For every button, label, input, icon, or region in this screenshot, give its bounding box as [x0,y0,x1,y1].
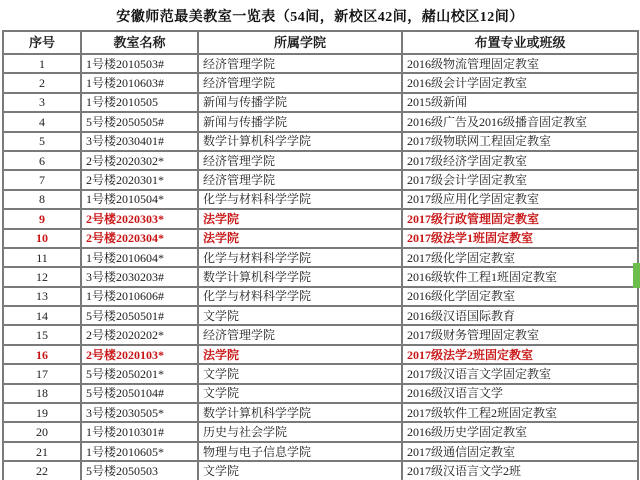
cell-assignment[interactable]: 2015级新闻 [402,93,638,112]
cell-assignment[interactable]: 2017级会计学固定教室 [402,170,638,189]
table-row: 162号楼2020103*法学院2017级法学2班固定教室 [3,345,638,364]
cell-room[interactable]: 2号楼2020303* [81,209,198,228]
cell-index[interactable]: 6 [3,151,81,170]
cell-college[interactable]: 文学院 [198,364,402,383]
cell-room[interactable]: 1号楼2010301# [81,422,198,441]
cell-index[interactable]: 15 [3,325,81,344]
cell-index[interactable]: 1 [3,54,81,73]
cell-room[interactable]: 5号楼2050201* [81,364,198,383]
cell-index[interactable]: 13 [3,287,81,306]
table-row: 225号楼2050503文学院2017级汉语言文学2班 [3,461,638,480]
cell-room[interactable]: 1号楼2010505 [81,93,198,112]
cell-college[interactable]: 法学院 [198,229,402,248]
cell-assignment[interactable]: 2016级历史学固定教室 [402,422,638,441]
cell-room[interactable]: 5号楼2050503 [81,461,198,480]
table-row: 211号楼2010605*物理与电子信息学院2017级通信固定教室 [3,442,638,461]
table-row: 145号楼2050501#文学院2016级汉语国际教育 [3,306,638,325]
cell-index[interactable]: 11 [3,248,81,267]
cell-assignment[interactable]: 2016级会计学固定教室 [402,73,638,92]
cell-assignment[interactable]: 2016级软件工程1班固定教室 [402,267,638,286]
cell-assignment[interactable]: 2016级广告及2016级播音固定教室 [402,112,638,131]
cell-assignment[interactable]: 2016级汉语国际教育 [402,306,638,325]
table-row: 81号楼2010504*化学与材料科学学院2017级应用化学固定教室 [3,190,638,209]
table-row: 131号楼2010606#化学与材料科学学院2016级化学固定教室 [3,287,638,306]
cell-college[interactable]: 数学计算机科学学院 [198,132,402,151]
cell-room[interactable]: 1号楼2010605* [81,442,198,461]
cell-index[interactable]: 5 [3,132,81,151]
cell-college[interactable]: 文学院 [198,384,402,403]
table-row: 111号楼2010604*化学与材料科学学院2017级化学固定教室 [3,248,638,267]
table-row: 31号楼2010505新闻与传播学院2015级新闻 [3,93,638,112]
spreadsheet-page: 安徽师范最美教室一览表（54间，新校区42间，赭山校区12间） 序号 教室名称 … [0,0,640,480]
cell-college[interactable]: 法学院 [198,345,402,364]
cell-college[interactable]: 经济管理学院 [198,54,402,73]
cell-assignment[interactable]: 2017级法学2班固定教室 [402,345,638,364]
cell-college[interactable]: 经济管理学院 [198,325,402,344]
table-header-row: 序号 教室名称 所属学院 布置专业或班级 [3,31,638,54]
cell-room[interactable]: 1号楼2010603# [81,73,198,92]
col-header-room[interactable]: 教室名称 [81,31,198,54]
cell-index[interactable]: 10 [3,229,81,248]
cell-college[interactable]: 新闻与传播学院 [198,112,402,131]
table-row: 102号楼2020304*法学院2017级法学1班固定教室 [3,229,638,248]
cell-assignment[interactable]: 2017级汉语言文学固定教室 [402,364,638,383]
cell-room[interactable]: 1号楼2010504* [81,190,198,209]
table-body: 11号楼2010503#经济管理学院2016级物流管理固定教室21号楼20106… [3,54,638,480]
cell-room[interactable]: 3号楼2030401# [81,132,198,151]
table-row: 193号楼2030505*数学计算机科学学院2017级软件工程2班固定教室 [3,403,638,422]
cell-room[interactable]: 2号楼2020304* [81,229,198,248]
cell-index[interactable]: 12 [3,267,81,286]
cell-room[interactable]: 1号楼2010604* [81,248,198,267]
cell-index[interactable]: 19 [3,403,81,422]
cell-index[interactable]: 20 [3,422,81,441]
cell-room[interactable]: 5号楼2050104# [81,384,198,403]
cell-college[interactable]: 物理与电子信息学院 [198,442,402,461]
cell-room[interactable]: 2号楼2020301* [81,170,198,189]
cell-index[interactable]: 4 [3,112,81,131]
cell-room[interactable]: 2号楼2020103* [81,345,198,364]
table-title: 安徽师范最美教室一览表（54间，新校区42间，赭山校区12间） [0,6,640,26]
cell-college[interactable]: 化学与材料科学学院 [198,190,402,209]
cell-assignment[interactable]: 2017级应用化学固定教室 [402,190,638,209]
cell-index[interactable]: 2 [3,73,81,92]
cell-college[interactable]: 经济管理学院 [198,151,402,170]
cell-index[interactable]: 16 [3,345,81,364]
cell-assignment[interactable]: 2016级物流管理固定教室 [402,54,638,73]
cell-index[interactable]: 8 [3,190,81,209]
cell-room[interactable]: 3号楼2030505* [81,403,198,422]
table-row: 185号楼2050104#文学院2016级汉语言文学 [3,384,638,403]
cell-room[interactable]: 3号楼2030203# [81,267,198,286]
table-row: 53号楼2030401#数学计算机科学学院2017级物联网工程固定教室 [3,132,638,151]
cell-assignment[interactable]: 2017级化学固定教室 [402,248,638,267]
cell-assignment[interactable]: 2017级物联网工程固定教室 [402,132,638,151]
cell-college[interactable]: 经济管理学院 [198,170,402,189]
table-row: 21号楼2010603#经济管理学院2016级会计学固定教室 [3,73,638,92]
cell-room[interactable]: 2号楼2020202* [81,325,198,344]
cell-room[interactable]: 5号楼2050501# [81,306,198,325]
table-row: 175号楼2050201*文学院2017级汉语言文学固定教室 [3,364,638,383]
cell-room[interactable]: 2号楼2020302* [81,151,198,170]
cell-index[interactable]: 3 [3,93,81,112]
cell-college[interactable]: 经济管理学院 [198,73,402,92]
cell-index[interactable]: 9 [3,209,81,228]
cell-college[interactable]: 文学院 [198,306,402,325]
cell-index[interactable]: 21 [3,442,81,461]
cell-assignment[interactable]: 2017级通信固定教室 [402,442,638,461]
cell-assignment[interactable]: 2017级法学1班固定教室 [402,229,638,248]
cell-index[interactable]: 18 [3,384,81,403]
cell-assignment[interactable]: 2017级经济学固定教室 [402,151,638,170]
cell-selection-indicator [633,263,640,288]
col-header-index[interactable]: 序号 [3,31,81,54]
cell-college[interactable]: 化学与材料科学学院 [198,287,402,306]
table-row: 45号楼2050505#新闻与传播学院2016级广告及2016级播音固定教室 [3,112,638,131]
table-row: 152号楼2020202*经济管理学院2017级财务管理固定教室 [3,325,638,344]
cell-college[interactable]: 新闻与传播学院 [198,93,402,112]
cell-index[interactable]: 17 [3,364,81,383]
table-row: 62号楼2020302*经济管理学院2017级经济学固定教室 [3,151,638,170]
cell-assignment[interactable]: 2017级软件工程2班固定教室 [402,403,638,422]
cell-index[interactable]: 14 [3,306,81,325]
cell-assignment[interactable]: 2017级汉语言文学2班 [402,461,638,480]
cell-room[interactable]: 1号楼2010606# [81,287,198,306]
cell-index[interactable]: 22 [3,461,81,480]
cell-college[interactable]: 数学计算机科学学院 [198,403,402,422]
cell-assignment[interactable]: 2017级行政管理固定教室 [402,209,638,228]
col-header-college[interactable]: 所属学院 [198,31,402,54]
table-row: 11号楼2010503#经济管理学院2016级物流管理固定教室 [3,54,638,73]
table-row: 92号楼2020303*法学院2017级行政管理固定教室 [3,209,638,228]
table-row: 123号楼2030203#数学计算机科学学院2016级软件工程1班固定教室 [3,267,638,286]
cell-college[interactable]: 法学院 [198,209,402,228]
cell-assignment[interactable]: 2016级汉语言文学 [402,384,638,403]
cell-room[interactable]: 5号楼2050505# [81,112,198,131]
cell-college[interactable]: 数学计算机科学学院 [198,267,402,286]
cell-college[interactable]: 历史与社会学院 [198,422,402,441]
table-row: 201号楼2010301#历史与社会学院2016级历史学固定教室 [3,422,638,441]
table-row: 72号楼2020301*经济管理学院2017级会计学固定教室 [3,170,638,189]
cell-assignment[interactable]: 2016级化学固定教室 [402,287,638,306]
cell-index[interactable]: 7 [3,170,81,189]
col-header-assignment[interactable]: 布置专业或班级 [402,31,638,54]
cell-assignment[interactable]: 2017级财务管理固定教室 [402,325,638,344]
cell-room[interactable]: 1号楼2010503# [81,54,198,73]
cell-college[interactable]: 化学与材料科学学院 [198,248,402,267]
cell-college[interactable]: 文学院 [198,461,402,480]
classroom-table: 序号 教室名称 所属学院 布置专业或班级 11号楼2010503#经济管理学院2… [2,30,639,480]
